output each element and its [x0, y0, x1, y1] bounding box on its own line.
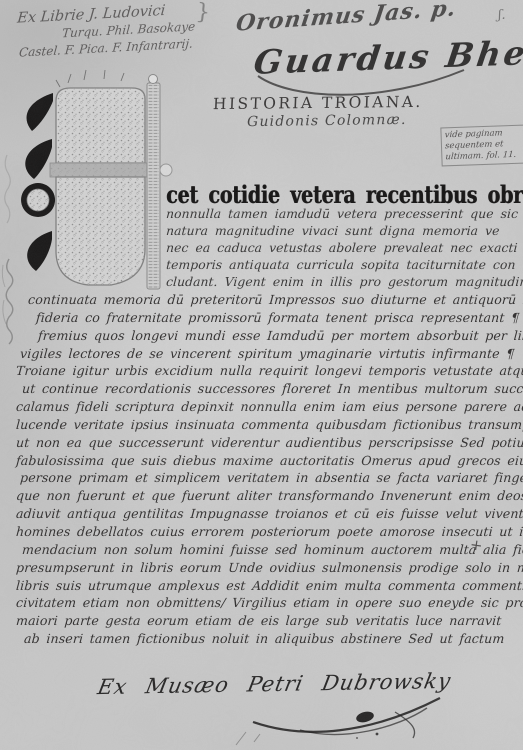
manuscript-line: homines debellatos cuius errorem posteri… [15, 524, 523, 542]
ex-libris-note: Ex Librie J. Ludovici Turqu. Phil. Basok… [17, 1, 197, 61]
incipit-gothic-line: cet cotidie vetera recentibus obruant [166, 181, 523, 209]
manuscript-line: lucende veritate ipsius insinuata commen… [15, 417, 523, 435]
manuscript-line: temporis antiquata curricula sopita taci… [165, 258, 523, 275]
provenance-flourish [245, 692, 455, 744]
page-subtitle: Guidonis Colomnæ. [247, 112, 407, 130]
manuscript-line: presumpserunt in libris eorum Unde ovidi… [15, 560, 523, 578]
manuscript-page: Ex Librie J. Ludovici Turqu. Phil. Basok… [0, 0, 523, 750]
margin-cross-mark: + [469, 535, 484, 555]
manuscript-line: Troiane igitur urbis excidium nulla requ… [15, 363, 523, 381]
manuscript-line: nec ea caduca vetustas abolere prevaleat… [165, 241, 523, 258]
librarian-note: vide paginam sequentem et ultimam. fol. … [440, 125, 523, 167]
manuscript-line: maiori parte gesta eorum etiam de eis la… [15, 613, 523, 631]
manuscript-line: calamus fideli scriptura depinxit nonnul… [15, 399, 523, 417]
page-title: HISTORIA TROIANA. [213, 93, 423, 113]
manuscript-line: fremius quos longevi mundi esse Iamdudū … [15, 328, 523, 346]
manuscript-line: natura magnitudine vivaci sunt digna mem… [165, 224, 523, 241]
manuscript-line: libris suis utrumque amplexus est Addidi… [15, 578, 523, 596]
body-text-block: continuata memoria dū preteritorū Impres… [16, 292, 523, 649]
manuscript-line: fabulosissima que suis diebus maxime auc… [15, 453, 523, 471]
manuscript-line: ab inseri tamen fictionibus noluit in al… [15, 631, 523, 649]
manuscript-line: civitatem etiam non obmittens/ Virgilius… [15, 595, 523, 613]
owner-signature-first: Oronimus Jas. p. [234, 0, 458, 37]
manuscript-line: cludant. Vigent enim in illis pro gestor… [165, 275, 523, 292]
manuscript-line: adiuvit antiqua gentilitas Impugnasse tr… [15, 506, 523, 524]
bottom-stray-mark [230, 730, 270, 748]
stray-brace-mark: } [195, 0, 212, 26]
manuscript-line: fideria co fraternitate promissorū forma… [15, 310, 523, 328]
incipit-indent-block: nonnulla tamen iamdudū vetera precesseri… [166, 207, 523, 292]
manuscript-line: mendacium non solum homini fuisse sed ho… [15, 542, 523, 560]
margin-smudge [0, 255, 18, 350]
manuscript-line: vigiles lectores de se vincerent spiritu… [15, 346, 523, 364]
illuminated-initial [8, 55, 176, 297]
margin-smudge-faint [0, 150, 14, 230]
librarian-note-line: ultimam. fol. 11. [445, 150, 522, 164]
manuscript-line: persone primam et simplicem veritatem in… [15, 470, 523, 488]
manuscript-line: ut non ea que successerunt viderentur au… [15, 435, 523, 453]
manuscript-line: continuata memoria dū preteritorū Impres… [15, 292, 523, 310]
manuscript-line: ut continue recordationis successores fl… [15, 381, 523, 399]
stray-ink-mark: ʃ. [498, 8, 506, 23]
manuscript-line: que non fuerunt et que fuerunt aliter tr… [15, 488, 523, 506]
manuscript-line: nonnulla tamen iamdudū vetera precesseri… [165, 207, 523, 224]
